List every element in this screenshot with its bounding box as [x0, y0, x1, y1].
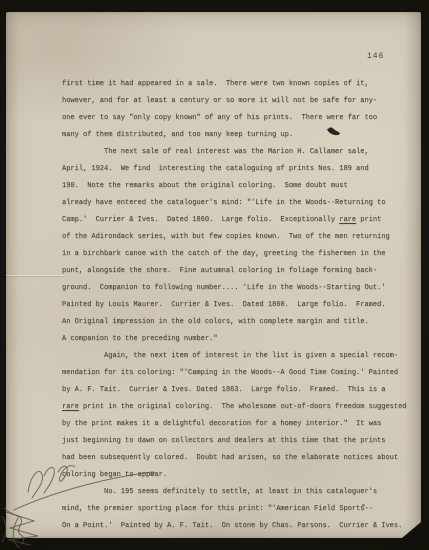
- text-line: in a birchbark canoe with the catch of t…: [62, 246, 410, 263]
- text-segment: A companion to the preceding number.": [62, 335, 217, 343]
- text-segment: one ever to say "only copy known" of any…: [62, 114, 377, 122]
- text-segment: 190. Note the remarks about the original…: [62, 182, 348, 190]
- text-line: mendation for its coloring: "'Camping in…: [62, 365, 410, 382]
- text-segment: print: [356, 216, 381, 224]
- text-line: by A. F. Tait. Currier & Ives. Dated 186…: [62, 382, 410, 399]
- text-line: 190. Note the remarks about the original…: [62, 178, 410, 195]
- text-line: An Original impression in the old colors…: [62, 314, 410, 331]
- text-line: of the Adirondack series, with but few c…: [62, 229, 410, 246]
- text-line: mind, the premier sporting place for thi…: [62, 501, 410, 518]
- text-line: The next sale of real interest was the M…: [62, 144, 410, 161]
- text-line: already have entered the cataloguer's mi…: [62, 195, 410, 212]
- underlined-word: rare: [62, 403, 79, 411]
- text-segment: mind, the premier sporting place for thi…: [62, 505, 373, 513]
- text-segment: had been subsequently colored. Doubt had…: [62, 454, 398, 462]
- document-lines: first time it had appeared in a sale. Th…: [62, 76, 410, 535]
- text-segment: punt, alongside the shore. Fine autumnal…: [62, 267, 377, 275]
- text-segment: already have entered the cataloguer's mi…: [62, 199, 385, 207]
- text-line: coloring began to appear.: [62, 467, 410, 484]
- paper-crease: [6, 275, 64, 276]
- text-line: Painted by Louis Maurer. Currier & Ives.…: [62, 297, 410, 314]
- smudge-mark: [362, 504, 365, 506]
- text-segment: On a Point.' Painted by A. F. Tait. On s…: [62, 522, 402, 530]
- page-number: 146: [367, 52, 384, 61]
- text-segment: print in the original coloring. The whol…: [79, 403, 407, 411]
- text-segment: No. 195 seems definitely to settle, at l…: [104, 488, 377, 496]
- text-segment: April, 1924. We find interesting the cat…: [62, 165, 369, 173]
- text-line: had been subsequently colored. Doubt had…: [62, 450, 410, 467]
- text-segment: The next sale of real interest was the M…: [104, 148, 369, 156]
- text-segment: of the Adirondack series, with but few c…: [62, 233, 390, 241]
- text-line: ground. Companion to following number...…: [62, 280, 410, 297]
- text-segment: Painted by Louis Maurer. Currier & Ives.…: [62, 301, 385, 309]
- text-segment: Camp.' Currier & Ives. Dated 1860. Large…: [62, 216, 339, 224]
- text-line: A companion to the preceding number.": [62, 331, 410, 348]
- text-line: No. 195 seems definitely to settle, at l…: [62, 484, 410, 501]
- text-line: punt, alongside the shore. Fine autumnal…: [62, 263, 410, 280]
- underlined-word: rare: [339, 216, 356, 224]
- text-segment: however, and for at least a century or s…: [62, 97, 377, 105]
- text-segment: first time it had appeared in a sale. Th…: [62, 80, 369, 88]
- text-line: many of them distributed, and too many k…: [62, 127, 410, 144]
- scanned-page-photo: 146 first time it had appeared in a sale…: [0, 0, 429, 550]
- text-segment: by A. F. Tait. Currier & Ives. Dated 186…: [62, 386, 385, 394]
- text-segment: mendation for its coloring: "'Camping in…: [62, 369, 398, 377]
- text-line: just beginning to dawn on collectors and…: [62, 433, 410, 450]
- text-segment: in a birchbark canoe with the catch of t…: [62, 250, 385, 258]
- text-segment: many of them distributed, and too many k…: [62, 131, 293, 139]
- text-segment: by the print makes it a delightful decor…: [62, 420, 381, 428]
- text-line: one ever to say "only copy known" of any…: [62, 110, 410, 127]
- text-line: first time it had appeared in a sale. Th…: [62, 76, 410, 93]
- text-line: Again, the next item of interest in the …: [62, 348, 410, 365]
- text-line: Camp.' Currier & Ives. Dated 1860. Large…: [62, 212, 410, 229]
- ink-blot: [325, 124, 343, 138]
- text-segment: An Original impression in the old colors…: [62, 318, 369, 326]
- text-line: however, and for at least a century or s…: [62, 93, 410, 110]
- text-segment: Again, the next item of interest in the …: [104, 352, 398, 360]
- text-line: by the print makes it a delightful decor…: [62, 416, 410, 433]
- text-segment: coloring began to appear.: [62, 471, 167, 479]
- text-line: rare print in the original coloring. The…: [62, 399, 410, 416]
- text-line: April, 1924. We find interesting the cat…: [62, 161, 410, 178]
- text-segment: just beginning to dawn on collectors and…: [62, 437, 385, 445]
- text-segment: ground. Companion to following number...…: [62, 284, 385, 292]
- text-line: On a Point.' Painted by A. F. Tait. On s…: [62, 518, 410, 535]
- document-page: 146 first time it had appeared in a sale…: [6, 12, 421, 538]
